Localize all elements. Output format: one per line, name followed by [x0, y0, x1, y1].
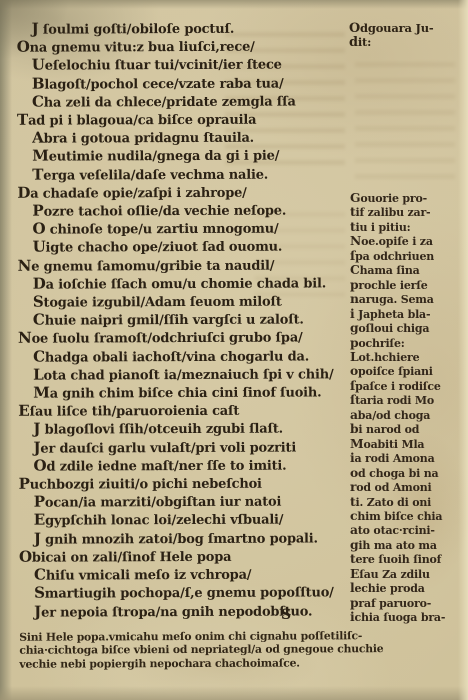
verse-line: O chinoſe tope/u zartiu mnogomu/	[17, 220, 353, 240]
verse-line: Cha zeli da chlece/pridate zemgla ſſa	[17, 92, 353, 112]
verse-line: Jer dauſci garlu vulaſt/pri voli pozriti	[18, 438, 354, 458]
verse-line: Chuie naipri gmil/ſſih vargſci u zaloſt.	[18, 311, 354, 331]
verse-line: Egypſchih lonac loi/zelechi vſbuali/	[19, 511, 355, 531]
verse-line: Lota chad pianoſt ia/meznaiuch ſpi v chi…	[18, 365, 354, 385]
verse-line: Puchbozgi ziuiti/o pichi nebeſchoi	[19, 474, 355, 494]
scan-edge-left	[0, 0, 12, 700]
margin-gloss-line: naruga. Sema	[350, 292, 466, 306]
verse-line: Terga veſelila/daſe vechma nalie.	[17, 165, 353, 185]
verse-line: Eſau liſce tih/paruoroienia caſt	[18, 402, 354, 422]
margin-gloss-line: ſtaria rodi Mo	[350, 393, 466, 407]
margin-gloss-line: ſpa odchriuen	[350, 249, 466, 263]
margin-gloss-line: Eſau Za zdilu	[350, 567, 466, 581]
verse-line: Pozre tachoi oſlie/da vechie neſope.	[17, 201, 353, 221]
verse-line: Abra i gotoua pridagnu ſtauila.	[17, 128, 353, 148]
margin-gloss-line: praf paruoro-	[350, 596, 466, 610]
verse-line: Blagoſt/pochol cece/vzate raba tua/	[17, 74, 353, 94]
verse-line: Jer nepoia ſtropa/na gnih nepodobſtuo.	[19, 602, 355, 622]
margin-gloss-line: aba/od choga	[350, 408, 466, 422]
margin-gloss-line: chim biſce chia	[350, 509, 466, 523]
footer-gloss-line: vechie nebi popiergih nepochara chachoim…	[19, 656, 355, 671]
margin-gloss-line: ichia ſuoga bra-	[350, 610, 466, 624]
verse-line: Pocan/ia marziti/obgiſtan iur natoi	[19, 493, 355, 513]
margin-speaker-line: Odgouara Ju-	[349, 22, 465, 36]
verse-line: Chiſu vmicali meſo iz vchropa/	[19, 565, 355, 585]
margin-gloss-line: bi narod od	[350, 422, 466, 436]
margin-gloss-line: tiu i pitiu:	[350, 220, 466, 234]
ink-bleedthrough	[355, 62, 455, 180]
margin-gloss-line: ſpaſce i rodiſce	[350, 379, 466, 393]
scan-edge-bottom	[0, 686, 468, 700]
margin-gloss-line: goſloui chiga	[350, 321, 466, 335]
margin-gloss-line: i Japheta bla-	[350, 307, 466, 321]
main-text-column: J ſoulmi goſti/obiloſe poctuſ.Ona gnemu …	[17, 19, 356, 670]
verse-line: Ne gnemu ſamomu/gribie ta naudil/	[18, 256, 354, 276]
verse-line: Chadga obali iachoſt/vina chogarlu da.	[18, 347, 354, 367]
footer-gloss-block: Sini Hele popa.vmicahu meſo onim chi cig…	[19, 629, 355, 671]
margin-gloss-line: Moabiti Mla	[350, 437, 466, 451]
verse-line: J blagoſlovi ſſih/otceuih zgubi ſlaſt.	[18, 420, 354, 440]
margin-gloss-column: Gouorie pro-tif zalibu zar-tiu i pitiu:N…	[350, 191, 466, 625]
verse-block: J ſoulmi goſti/obiloſe poctuſ.Ona gnemu …	[17, 19, 356, 621]
margin-gloss-line: tif zalibu zar-	[350, 205, 466, 219]
margin-gloss-line: rod od Amoni	[350, 480, 466, 494]
margin-gloss-line: lechie proda	[350, 581, 466, 595]
verse-line: Da chadaſe opie/zaſpi i zahrope/	[17, 183, 353, 203]
signature-mark: S	[281, 607, 291, 623]
verse-line: Stogaie izgubil/Adam ſeuom miloſt	[18, 292, 354, 312]
margin-gloss-line: Noe.opiſe i za	[350, 234, 466, 248]
margin-gloss-line: gih ma ato ma	[350, 538, 466, 552]
margin-gloss-line: od choga bi na	[350, 466, 466, 480]
verse-line: Od zdile iedne maſt/ner ſſe to imiti.	[18, 456, 354, 476]
verse-line: J ſoulmi goſti/obiloſe poctuſ.	[17, 19, 353, 39]
margin-gloss-line: ato otac·rcini-	[350, 523, 466, 537]
book-page-scan: J ſoulmi goſti/obiloſe poctuſ.Ona gnemu …	[0, 0, 468, 700]
margin-gloss-line: Gouorie pro-	[350, 191, 466, 205]
margin-gloss-line: Chama ſina	[350, 263, 466, 277]
verse-line: Noe ſuolu ſramoſt/odchriuſci grubo ſpa/	[18, 329, 354, 349]
margin-gloss-line: ti. Zato di oni	[350, 495, 466, 509]
margin-gloss-line: prochle ierſe	[350, 278, 466, 292]
scan-edge-top	[0, 0, 468, 9]
margin-gloss-line: opoiſce ſpiani	[350, 364, 466, 378]
verse-line: Da ioſchie ſſach omu/u chomie chada bil.	[18, 274, 354, 294]
verse-line: Tad pi i blagoua/ca biſce oprauila	[17, 110, 353, 130]
verse-line: Uigte chacho ope/ziuot ſad ouomu.	[18, 238, 354, 258]
verse-line: Ueſelochiu ſtuar tui/vcinit/ier ſtece	[17, 56, 353, 76]
margin-gloss-line: Lot.hchiere	[350, 350, 466, 364]
footer-gloss-line: chia·cichtoga biſce vbieni od nepriategl…	[19, 642, 355, 657]
margin-gloss-line: ia rodi Amona	[350, 451, 466, 465]
verse-line: Meutimie nudila/gnega da gi i pie/	[17, 147, 353, 167]
verse-line: Ma gnih chim biſce chia cini ſinof ſuoih…	[18, 383, 354, 403]
margin-speaker-line: dit:	[349, 36, 465, 50]
margin-gloss-line: tere ſuoih ſinof	[350, 552, 466, 566]
verse-line: Smartiugih pochopa/ſ,e gnemu popoſſtuo/	[19, 584, 355, 604]
margin-gloss-line: pochriſe:	[350, 336, 466, 350]
verse-line: Ona gnemu vitu:z bua liuſci,rece/	[17, 37, 353, 57]
verse-line: Obicai on zali/ſinof Hele popa	[19, 547, 355, 567]
margin-speaker-note: Odgouara Ju- dit:	[349, 22, 465, 49]
verse-line: J gnih mnozih zatoi/bog ſmartno popali.	[19, 529, 355, 549]
